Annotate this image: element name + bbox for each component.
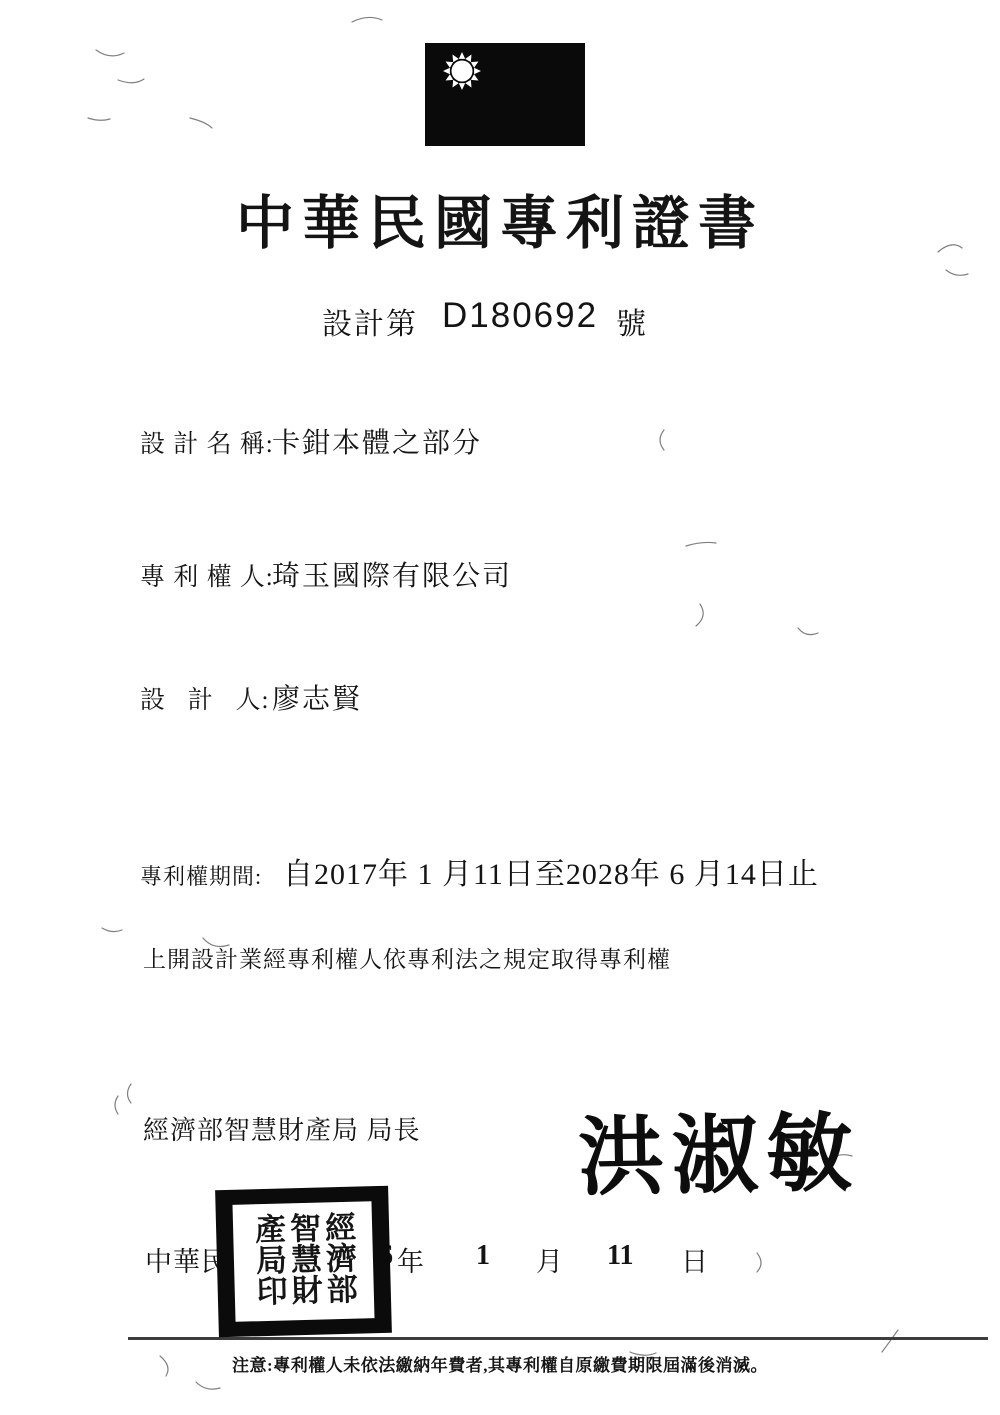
- director-signature: 洪淑敏: [577, 1084, 861, 1213]
- date-month-value: 1: [476, 1240, 490, 1272]
- legal-statement: 上開設計業經專利權人依專利法之規定取得專利權: [143, 941, 671, 974]
- patent-term-value: 自2017年 1 月11日至2028年 6 月14日止: [283, 849, 819, 893]
- cert-number-value: D180692: [442, 296, 598, 336]
- certificate-title: 中華民國專利證書: [0, 176, 1000, 260]
- seal-text: 經濟部智慧財產局印: [250, 1210, 358, 1313]
- issue-date-line: 中華民國 6 年 1 月 11 日: [0, 1240, 1000, 1280]
- footer-divider-line: [128, 1337, 988, 1340]
- seal-inner-face: 經濟部智慧財產局印: [232, 1201, 374, 1322]
- issuing-authority: 經濟部智慧財產局 局長: [143, 1110, 421, 1147]
- date-year-unit: 年: [397, 1240, 424, 1279]
- patent-certificate-page: 中華民國專利證書 設計第 D180692 號 設 計 名 稱: 卡鉗本體之部分 …: [0, 0, 1000, 1415]
- roc-flag-emblem: [425, 43, 585, 146]
- footer-notice: 注意:專利權人未依法繳納年費者,其專利權自原繳費期限屆滿後消滅。: [0, 1351, 1000, 1376]
- flag-sun-icon: [425, 43, 585, 146]
- design-name-label: 設 計 名 稱:: [140, 424, 281, 460]
- design-name-value: 卡鉗本體之部分: [272, 421, 482, 461]
- patent-term-label: 專利權期間:: [140, 860, 262, 891]
- patentee-label: 專 利 權 人:: [140, 557, 281, 593]
- cert-number-suffix: 號: [616, 299, 646, 343]
- date-month-unit: 月: [536, 1240, 563, 1279]
- certificate-number-line: 設計第 D180692 號: [0, 296, 1000, 340]
- patentee-value: 琦玉國際有限公司: [272, 554, 512, 594]
- cert-number-prefix: 設計第: [322, 299, 418, 343]
- designer-value: 廖志賢: [272, 677, 362, 717]
- date-day-unit: 日: [681, 1240, 708, 1279]
- date-day-value: 11: [607, 1240, 633, 1272]
- designer-label: 設 計 人:: [140, 680, 277, 716]
- official-seal-stamp: 經濟部智慧財產局印: [215, 1186, 392, 1337]
